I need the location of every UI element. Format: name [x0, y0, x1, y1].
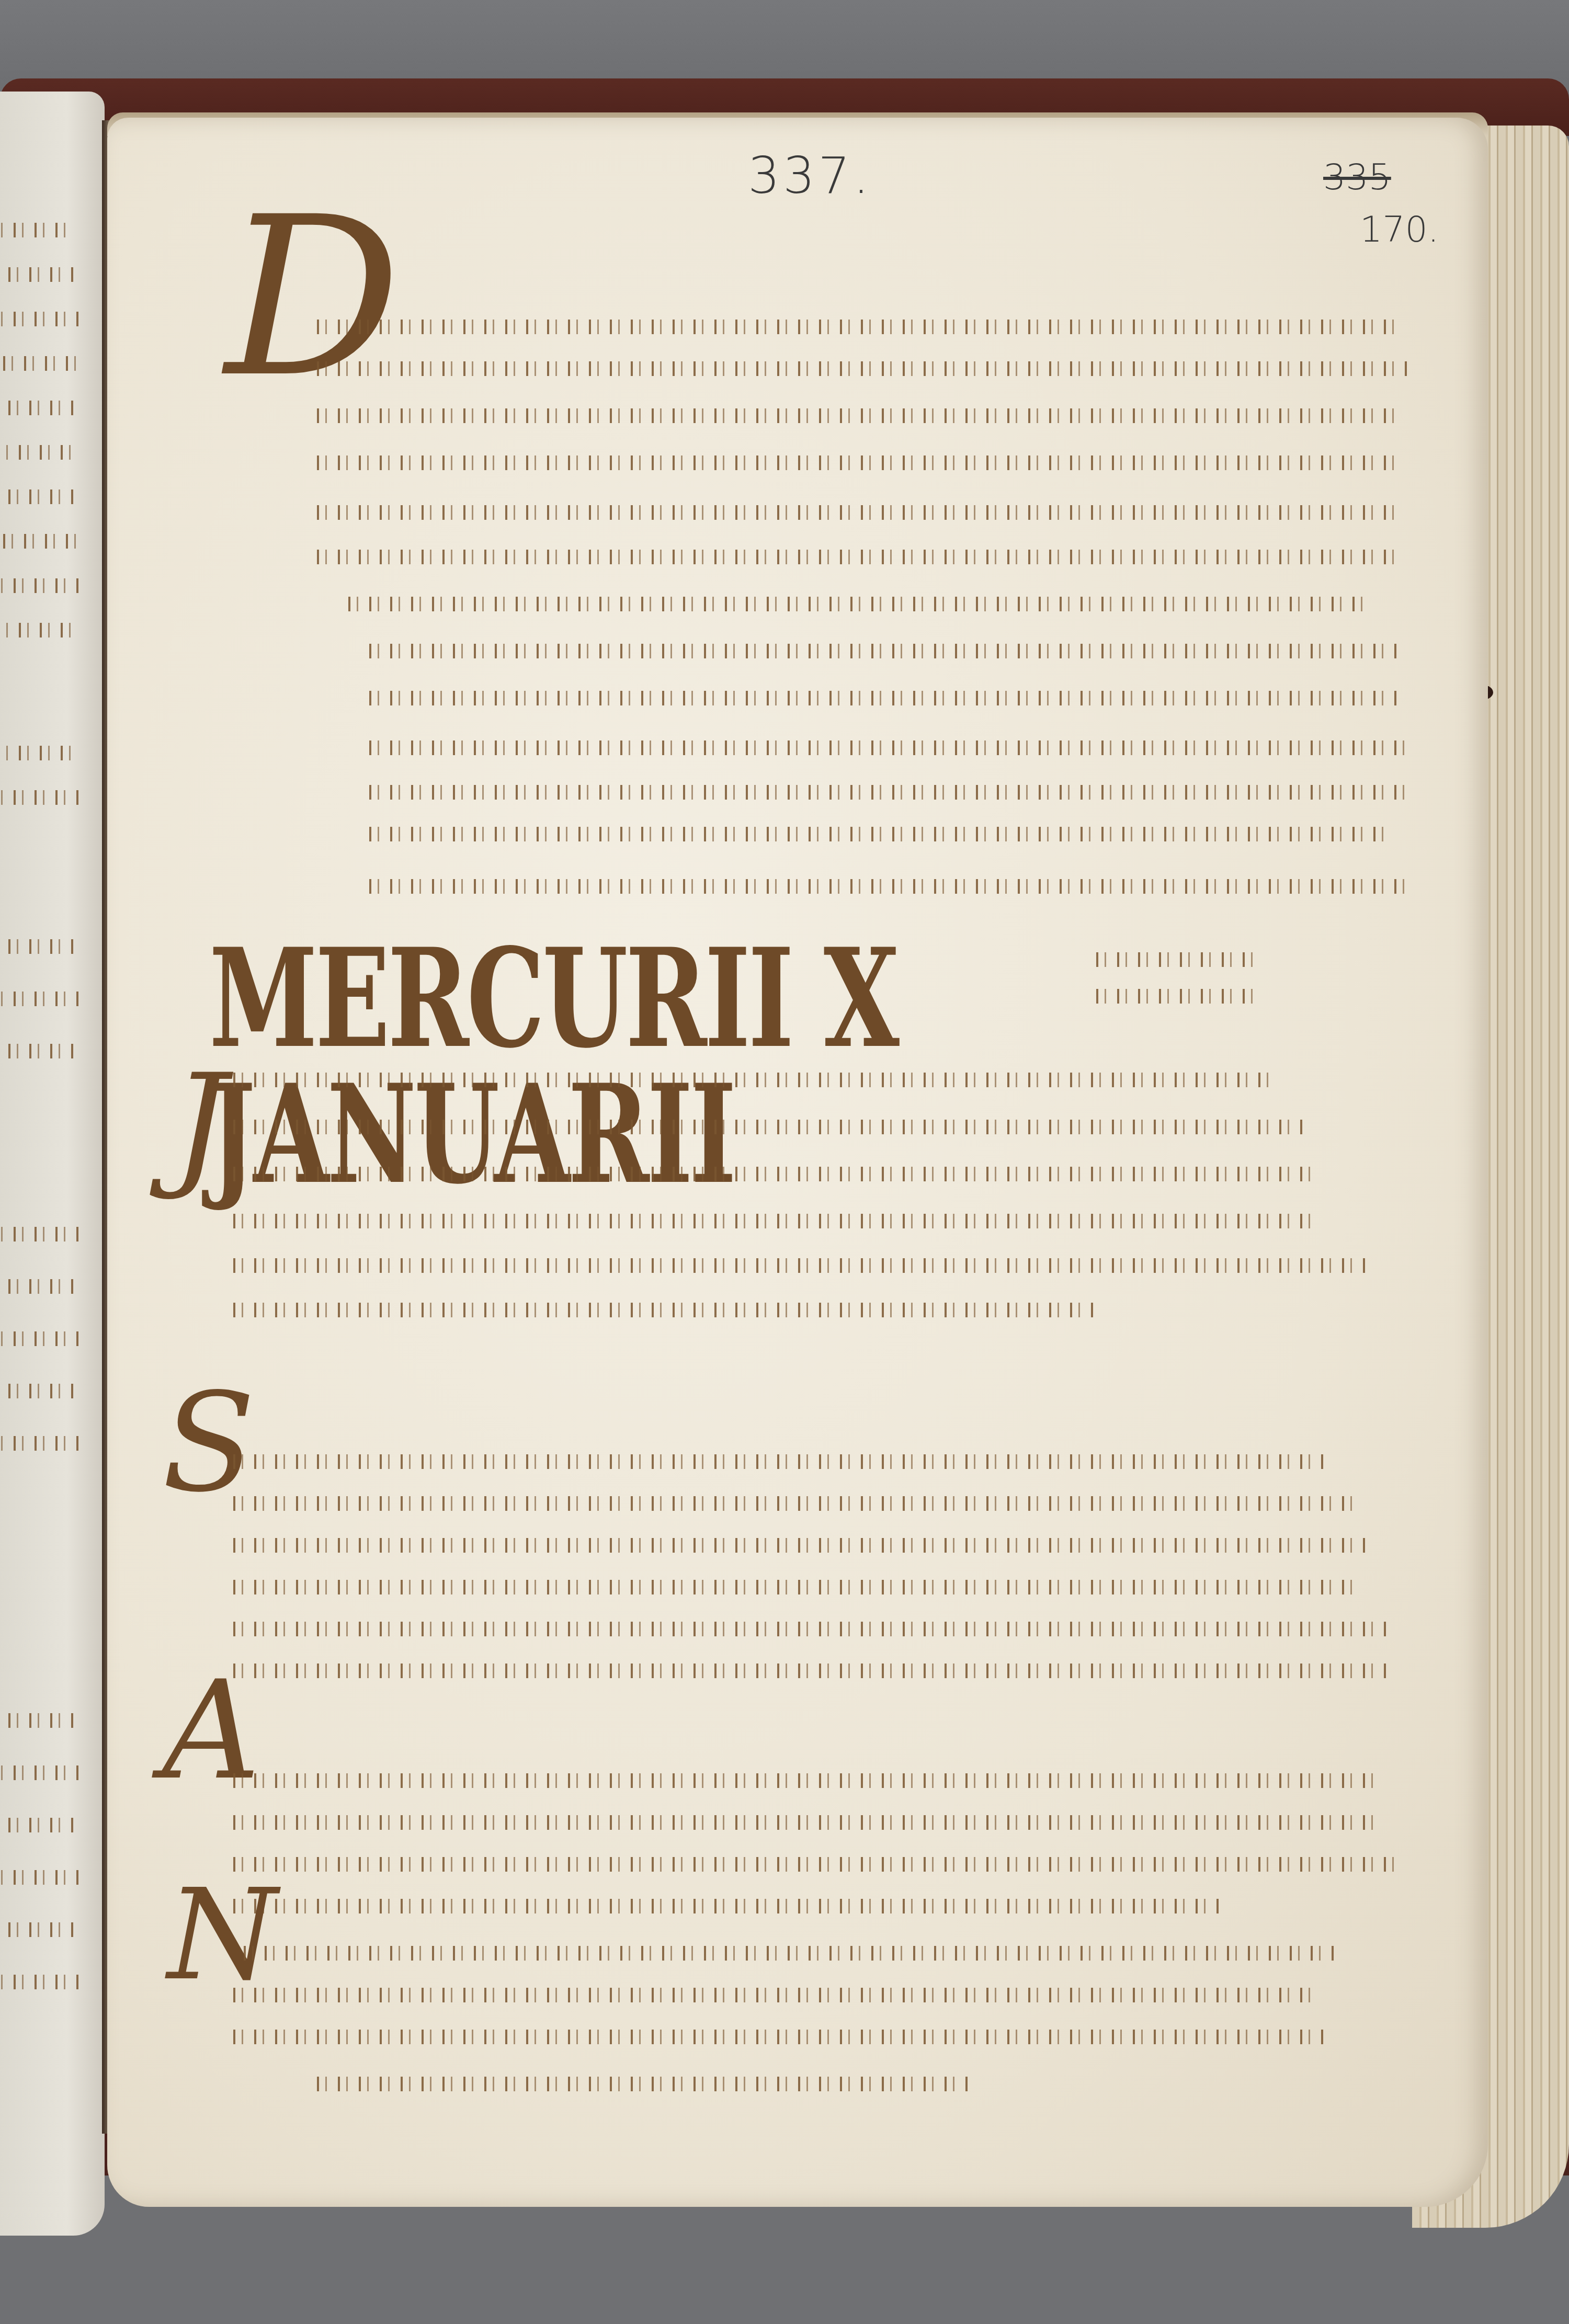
left-page-text-block-2 — [0, 928, 84, 1556]
folio-number: 337. — [748, 146, 872, 205]
decorated-initial-j: J — [173, 1056, 227, 1192]
folio-number-struck: 335 — [1323, 157, 1391, 198]
left-page-text-block-3 — [0, 1702, 84, 2173]
left-page-text-block-1 — [0, 212, 84, 787]
left-page — [0, 92, 105, 2236]
folio-number-secondary: 170. — [1360, 209, 1439, 250]
